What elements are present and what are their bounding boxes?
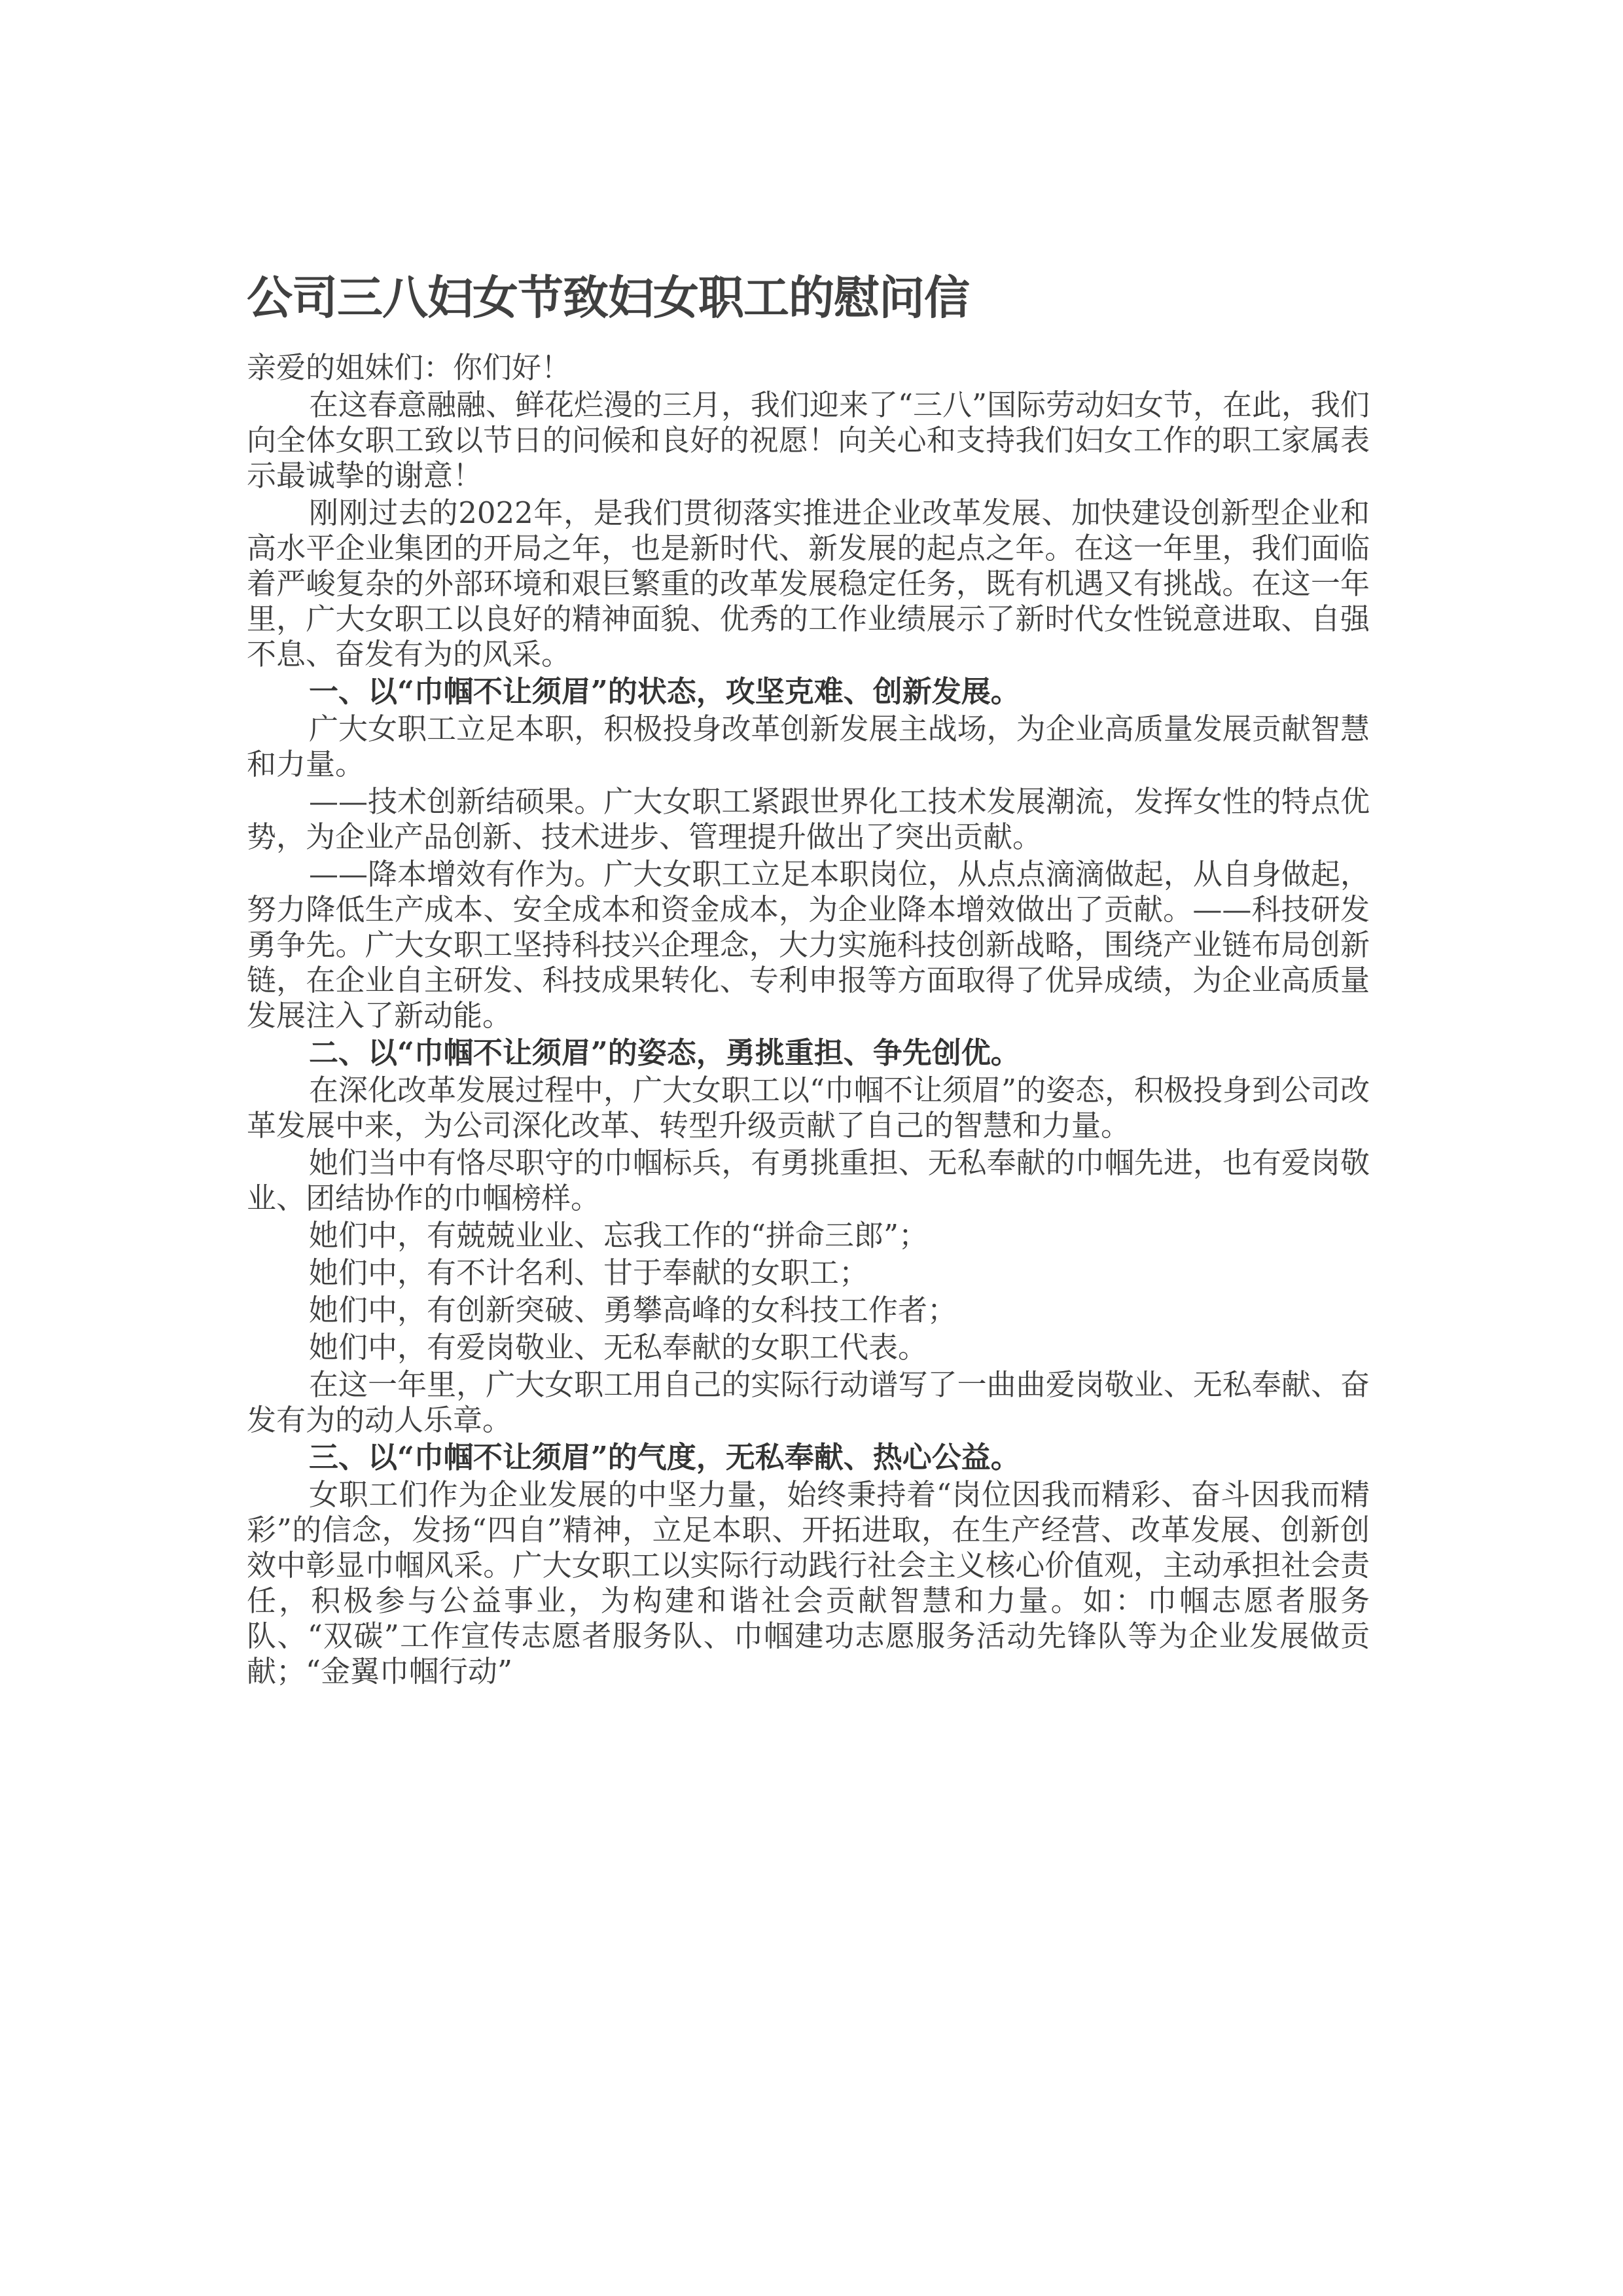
paragraph: 女职工们作为企业发展的中坚力量，始终秉持着“岗位因我而精彩、奋斗因我而精彩”的信…: [247, 1477, 1370, 1689]
paragraph-review-2022: 刚刚过去的2022年，是我们贯彻落实推进企业改革发展、加快建设创新型企业和高水平…: [247, 495, 1370, 672]
list-line: 她们中，有创新突破、勇攀高峰的女科技工作者；: [247, 1293, 1370, 1328]
paragraph: 在这一年里，广大女职工用自己的实际行动谱写了一曲曲爱岗敬业、无私奉献、奋发有为的…: [247, 1367, 1370, 1438]
paragraph: ——降本增效有作为。广大女职工立足本职岗位，从点点滴滴做起，从自身做起，努力降低…: [247, 857, 1370, 1033]
paragraph: ——技术创新结硕果。广大女职工紧跟世界化工技术发展潮流，发挥女性的特点优势，为企…: [247, 784, 1370, 855]
list-line: 她们中，有爱岗敬业、无私奉献的女职工代表。: [247, 1330, 1370, 1365]
list-line: 她们中，有兢兢业业、忘我工作的“拼命三郎”；: [247, 1218, 1370, 1253]
paragraph: 她们当中有恪尽职守的巾帼标兵，有勇挑重担、无私奉献的巾帼先进，也有爱岗敬业、团结…: [247, 1145, 1370, 1216]
paragraph: 广大女职工立足本职，积极投身改革创新发展主战场，为企业高质量发展贡献智慧和力量。: [247, 711, 1370, 782]
list-line: 她们中，有不计名利、甘于奉献的女职工；: [247, 1255, 1370, 1291]
greeting: 亲爱的姐妹们：你们好！: [247, 350, 1370, 386]
paragraph-intro: 在这春意融融、鲜花烂漫的三月，我们迎来了“三八”国际劳动妇女节，在此，我们向全体…: [247, 387, 1370, 493]
document-page: 公司三八妇女节致妇女职工的慰问信 亲爱的姐妹们：你们好！ 在这春意融融、鲜花烂漫…: [247, 265, 1370, 1691]
section-heading-2: 二、以“巾帼不让须眉”的姿态，勇挑重担、争先创优。: [247, 1035, 1370, 1071]
section-heading-1: 一、以“巾帼不让须眉”的状态，攻坚克难、创新发展。: [247, 674, 1370, 709]
document-title: 公司三八妇女节致妇女职工的慰问信: [247, 265, 1370, 331]
paragraph: 在深化改革发展过程中，广大女职工以“巾帼不让须眉”的姿态，积极投身到公司改革发展…: [247, 1073, 1370, 1143]
section-heading-3: 三、以“巾帼不让须眉”的气度，无私奉献、热心公益。: [247, 1440, 1370, 1475]
